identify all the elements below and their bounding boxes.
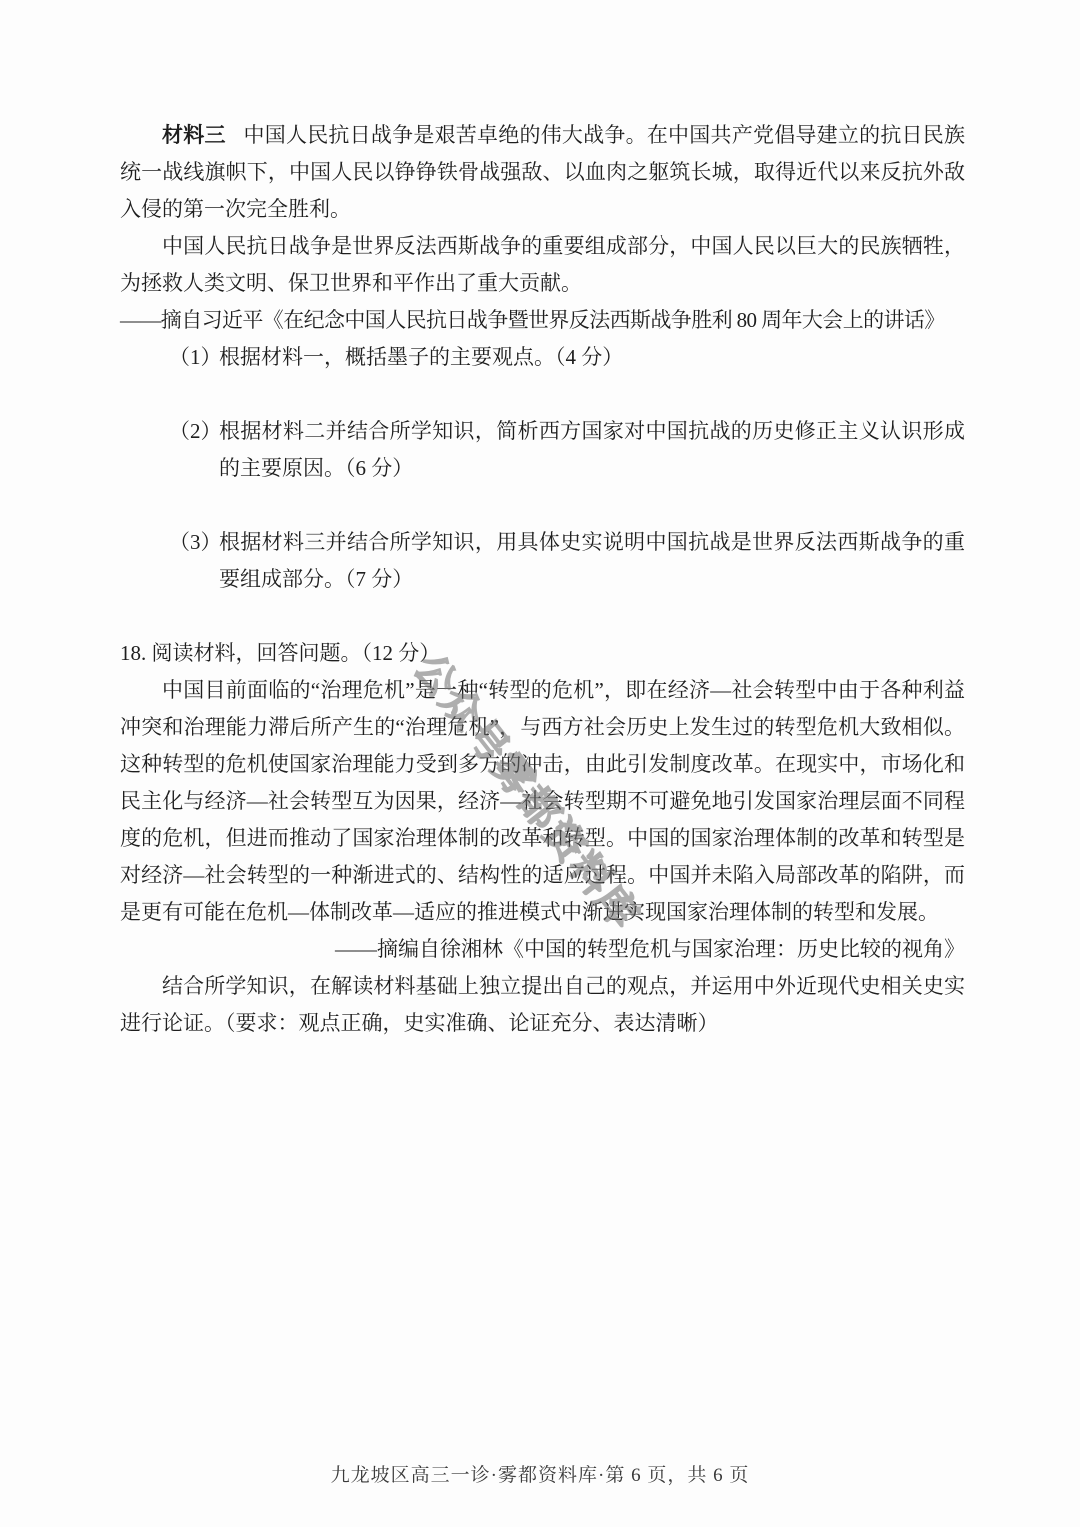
question-18-task: 结合所学知识，在解读材料基础上独立提出自己的观点，并运用中外近现代史相关史实进行… bbox=[120, 968, 965, 1042]
question-3-text: 根据材料三并结合所学知识，用具体史实说明中国抗战是世界反法西斯战争的重要组成部分… bbox=[219, 530, 965, 591]
question-18-material: 中国目前面临的“治理危机”是一种“转型的危机”，即在经济—社会转型中由于各种利益… bbox=[120, 672, 965, 931]
material3-label: 材料三 bbox=[162, 123, 226, 147]
exam-page: 材料三中国人民抗日战争是艰苦卓绝的伟大战争。在中国共产党倡导建立的抗日民族统一战… bbox=[0, 0, 1080, 1527]
material3-source-citation: ——摘自习近平《在纪念中国人民抗日战争暨世界反法西斯战争胜利 80 周年大会上的… bbox=[120, 302, 965, 339]
question-3: （3） 根据材料三并结合所学知识，用具体史实说明中国抗战是世界反法西斯战争的重要… bbox=[120, 524, 965, 598]
question-2-text: 根据材料二并结合所学知识，简析西方国家对中国抗战的历史修正主义认识形成的主要原因… bbox=[219, 419, 965, 480]
page-footer: 九龙坡区高三一诊·雾都资料库·第 6 页，共 6 页 bbox=[0, 1460, 1080, 1487]
exam-content: 材料三中国人民抗日战争是艰苦卓绝的伟大战争。在中国共产党倡导建立的抗日民族统一战… bbox=[120, 117, 965, 1042]
question-2-number: （2） bbox=[169, 413, 222, 450]
question-2: （2） 根据材料二并结合所学知识，简析西方国家对中国抗战的历史修正主义认识形成的… bbox=[120, 413, 965, 487]
question-1-text: 根据材料一，概括墨子的主要观点。（4 分） bbox=[219, 345, 623, 369]
question-1: （1） 根据材料一，概括墨子的主要观点。（4 分） bbox=[120, 339, 965, 376]
question-18-source-citation: ——摘编自徐湘林《中国的转型危机与国家治理：历史比较的视角》 bbox=[120, 931, 965, 968]
question-1-number: （1） bbox=[169, 339, 222, 376]
material3-paragraph1: 材料三中国人民抗日战争是艰苦卓绝的伟大战争。在中国共产党倡导建立的抗日民族统一战… bbox=[120, 117, 965, 228]
question-18-heading: 18. 阅读材料，回答问题。（12 分） bbox=[120, 635, 965, 672]
material3-paragraph1-text: 中国人民抗日战争是艰苦卓绝的伟大战争。在中国共产党倡导建立的抗日民族统一战线旗帜… bbox=[120, 123, 965, 221]
material3-paragraph2: 中国人民抗日战争是世界反法西斯战争的重要组成部分，中国人民以巨大的民族牺牲，为拯… bbox=[120, 228, 965, 302]
question-3-number: （3） bbox=[169, 524, 222, 561]
